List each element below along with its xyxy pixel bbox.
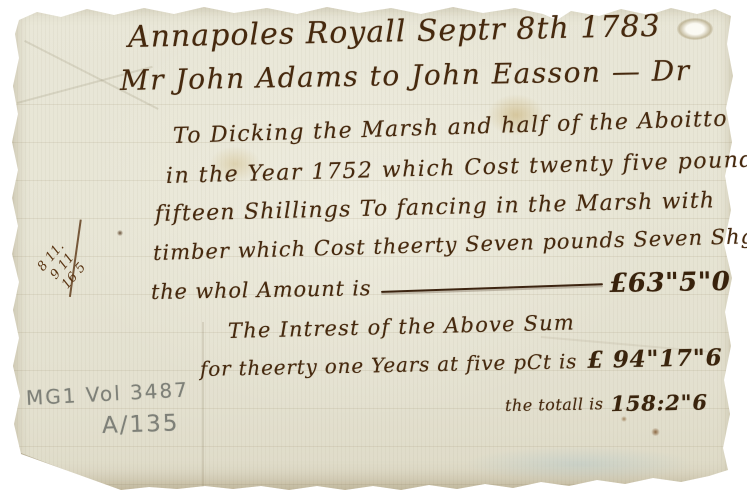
total-amount: 158:2"6 bbox=[610, 389, 708, 416]
amount-label: the whol Amount is bbox=[151, 276, 372, 304]
scanned-document: Annapoles Royall Septr 8th 1783 Mr John … bbox=[0, 0, 747, 497]
total-line: the totall is 158:2"6 bbox=[505, 389, 708, 418]
amount-rule bbox=[381, 283, 603, 293]
amount-value: £63"5"0 bbox=[609, 267, 731, 299]
interest-amount: £ 94"17"6 bbox=[587, 344, 723, 374]
archival-mark-item: A/135 bbox=[102, 410, 180, 439]
total-label: the totall is bbox=[505, 394, 604, 415]
